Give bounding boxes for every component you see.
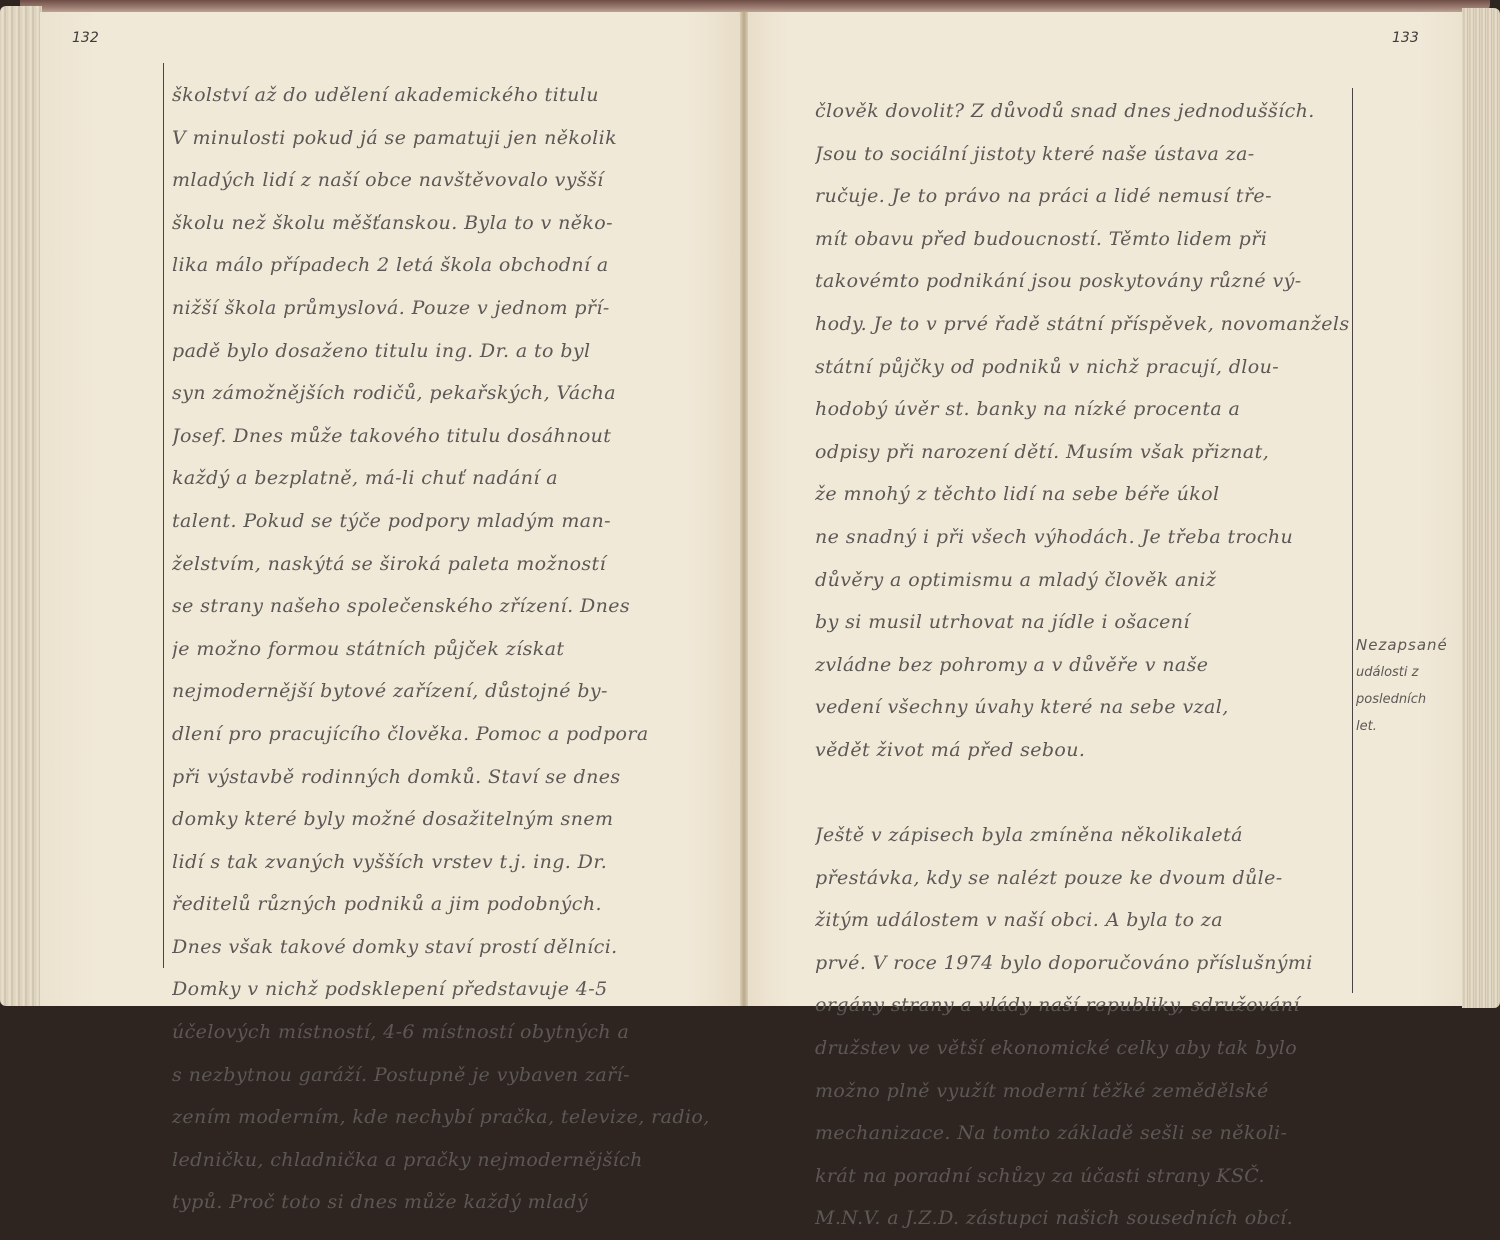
left-margin-rule [163,63,164,968]
paragraph-gap [815,772,1350,815]
text-line: Dnes však takové domky staví prostí děln… [172,926,712,969]
open-book: 132 133 školství až do udělení akademick… [0,0,1500,1073]
text-line: domky které byly možné dosažitelným snem [172,798,712,841]
text-line: syn zámožnějších rodičů, pekařských, Vác… [172,372,712,415]
margin-note-line: události z [1356,659,1466,686]
margin-note-line: let. [1356,713,1466,740]
text-line: odpisy při narození dětí. Musím však při… [815,431,1350,474]
text-line: by si musil utrhovat na jídle i ošacení [815,601,1350,644]
text-line: možno plně využít moderní těžké zeměděls… [815,1070,1350,1073]
text-line: ředitelů různých podniků a jim podobných… [172,883,712,926]
text-line: důvěry a optimismu a mladý člověk aniž [815,559,1350,602]
right-page-text: člověk dovolit? Z důvodů snad dnes jedno… [815,90,1350,1073]
text-line: prvé. V roce 1974 bylo doporučováno přís… [815,942,1350,985]
left-page-text: školství až do udělení akademického titu… [172,74,712,1073]
text-line: ručuje. Je to právo na práci a lidé nemu… [815,175,1350,218]
text-line: člověk dovolit? Z důvodů snad dnes jedno… [815,90,1350,133]
text-line: dlení pro pracujícího člověka. Pomoc a p… [172,713,712,756]
text-line: nižší škola průmyslová. Pouze v jednom p… [172,287,712,330]
text-line: mít obavu před budoucností. Těmto lidem … [815,218,1350,261]
text-line: Domky v nichž podsklepení představuje 4-… [172,968,712,1011]
text-line: V minulosti pokud já se pamatuji jen něk… [172,117,712,160]
text-line: padě bylo dosaženo titulu ing. Dr. a to … [172,330,712,373]
right-page-stack [1462,8,1500,1008]
text-line: Josef. Dnes může takového titulu dosáhno… [172,415,712,458]
text-line: se strany našeho společenského zřízení. … [172,585,712,628]
text-line: vedení všechny úvahy které na sebe vzal, [815,686,1350,729]
text-line: s nezbytnou garáží. Postupně je vybaven … [172,1054,712,1073]
text-line: Ještě v zápisech byla zmíněna několikale… [815,814,1350,857]
text-line: vědět život má před sebou. [815,729,1350,772]
text-line: každý a bezplatně, má-li chuť nadání a [172,457,712,500]
text-line: hody. Je to v prvé řadě státní příspěvek… [815,303,1350,346]
margin-note-line: Nezapsané [1356,632,1466,659]
text-line: žitým událostem v naší obci. A byla to z… [815,899,1350,942]
text-line: družstev ve větší ekonomické celky aby t… [815,1027,1350,1070]
text-line: lidí s tak zvaných vyšších vrstev t.j. i… [172,841,712,884]
text-line: talent. Pokud se týče podpory mladým man… [172,500,712,543]
left-page-stack [0,6,42,1006]
text-line: školu než školu měšťanskou. Byla to v ně… [172,202,712,245]
text-line: přestávka, kdy se nalézt pouze ke dvoum … [815,857,1350,900]
text-line: Jsou to sociální jistoty které naše ústa… [815,133,1350,176]
text-line: při výstavbě rodinných domků. Staví se d… [172,756,712,799]
text-line: je možno formou státních půjček získat [172,628,712,671]
text-line: ne snadný i při všech výhodách. Je třeba… [815,516,1350,559]
text-line: nejmodernější bytové zařízení, důstojné … [172,670,712,713]
margin-note: Nezapsané události z posledních let. [1356,632,1466,740]
text-line: hodobý úvěr st. banky na nízké procenta … [815,388,1350,431]
text-line: že mnohý z těchto lidí na sebe béře úkol [815,473,1350,516]
text-line: takovémto podnikání jsou poskytovány růz… [815,260,1350,303]
text-line: státní půjčky od podniků v nichž pracují… [815,346,1350,389]
text-line: mladých lidí z naší obce navštěvovalo vy… [172,159,712,202]
right-margin-rule [1352,88,1353,993]
book-gutter [740,12,748,1006]
text-line: lika málo případech 2 letá škola obchodn… [172,244,712,287]
right-page-number: 133 [1392,30,1419,46]
text-line: školství až do udělení akademického titu… [172,74,712,117]
left-page-number: 132 [72,30,99,46]
text-line: orgány strany a vlády naší republiky, sd… [815,984,1350,1027]
margin-note-line: posledních [1356,686,1466,713]
text-line: zvládne bez pohromy a v důvěře v naše [815,644,1350,687]
text-line: želstvím, naskýtá se široká paleta možno… [172,543,712,586]
text-line: účelových místností, 4-6 místností obytn… [172,1011,712,1054]
